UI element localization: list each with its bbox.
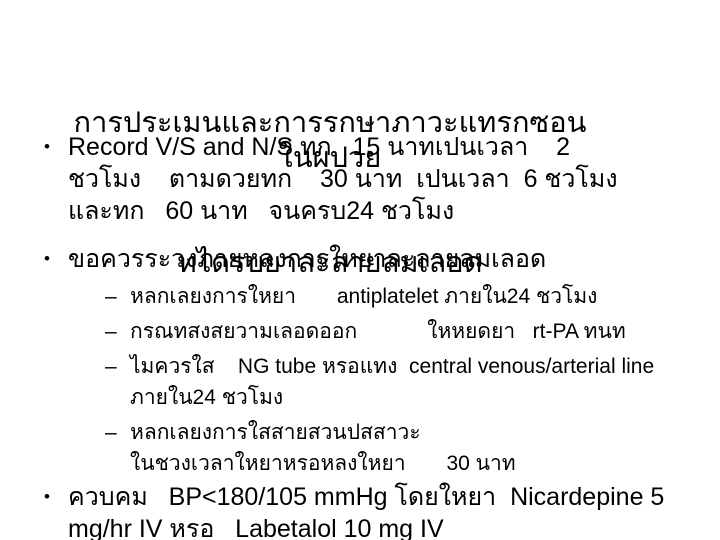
sub-bullet-text-line: ไมควรใส NG tube หรอแทง central venous/ar…	[130, 351, 720, 382]
dash-marker: –	[105, 351, 130, 382]
sub-bullet-text: หลกเลยงการใสสายสวนปสสาวะ ในชวงเวลาใหยาหร…	[130, 417, 720, 479]
sub-bullet-item: – หลกเลยงการใหยา antiplatelet ภายใน24 ชว…	[0, 281, 720, 312]
slide-body: • Record V/S and N/S ทก 15 นาทเปนเวลา 2 …	[0, 131, 720, 540]
bullet-marker: •	[44, 131, 68, 163]
sub-bullet-text-line: กรณทสงสยวามเลอดออก ใหหยดยา rt-PA ทนท	[130, 316, 720, 347]
bullet-item: • Record V/S and N/S ทก 15 นาทเปนเวลา 2 …	[0, 131, 720, 227]
bullet-text: ควบคม BP<180/105 mmHg โดยใหยา Nicardepin…	[68, 481, 720, 540]
sub-bullet-text-line: ในชวงเวลาใหยาหรอหลงใหยา 30 นาท	[130, 448, 720, 479]
sub-bullet-text: ไมควรใส NG tube หรอแทง central venous/ar…	[130, 351, 720, 413]
sub-bullet-text: หลกเลยงการใหยา antiplatelet ภายใน24 ชวโม…	[130, 281, 720, 312]
bullet-marker: •	[44, 243, 68, 275]
slide-canvas: การประเมนและการรกษาภาวะแทรกซอนในผปวย ทได…	[0, 0, 720, 540]
bullet-text-line: mg/hr IV หรอ Labetalol 10 mg IV	[68, 513, 720, 540]
bullet-text-line: ชวโมง ตามดวยทก 30 นาท เปนเวลา 6 ชวโมง	[68, 163, 720, 195]
dash-marker: –	[105, 281, 130, 312]
bullet-text-line: ขอควรระวงภายหลงการใหยาละลายลมเลอด	[68, 243, 720, 275]
sub-bullet-text: กรณทสงสยวามเลอดออก ใหหยดยา rt-PA ทนท	[130, 316, 720, 347]
sub-bullet-text-line: หลกเลยงการใสสายสวนปสสาวะ	[130, 417, 720, 448]
bullet-text: ขอควรระวงภายหลงการใหยาละลายลมเลอด	[68, 243, 720, 275]
bullet-marker: •	[44, 481, 68, 513]
sub-bullet-item: – หลกเลยงการใสสายสวนปสสาวะ ในชวงเวลาใหยา…	[0, 417, 720, 479]
dash-marker: –	[105, 316, 130, 347]
bullet-text: Record V/S and N/S ทก 15 นาทเปนเวลา 2 ชว…	[68, 131, 720, 227]
sub-bullet-text-line: หลกเลยงการใหยา antiplatelet ภายใน24 ชวโม…	[130, 281, 720, 312]
bullet-item: • ขอควรระวงภายหลงการใหยาละลายลมเลอด	[0, 243, 720, 275]
bullet-text-line: Record V/S and N/S ทก 15 นาทเปนเวลา 2	[68, 131, 720, 163]
bullet-text-line: และทก 60 นาท จนครบ24 ชวโมง	[68, 195, 720, 227]
bullet-item: • ควบคม BP<180/105 mmHg โดยใหยา Nicardep…	[0, 481, 720, 540]
sub-bullet-text-line: ภายใน24 ชวโมง	[130, 382, 720, 413]
sub-bullet-item: – กรณทสงสยวามเลอดออก ใหหยดยา rt-PA ทนท	[0, 316, 720, 347]
dash-marker: –	[105, 417, 130, 448]
bullet-text-line: ควบคม BP<180/105 mmHg โดยใหยา Nicardepin…	[68, 481, 720, 513]
sub-bullet-item: – ไมควรใส NG tube หรอแทง central venous/…	[0, 351, 720, 413]
